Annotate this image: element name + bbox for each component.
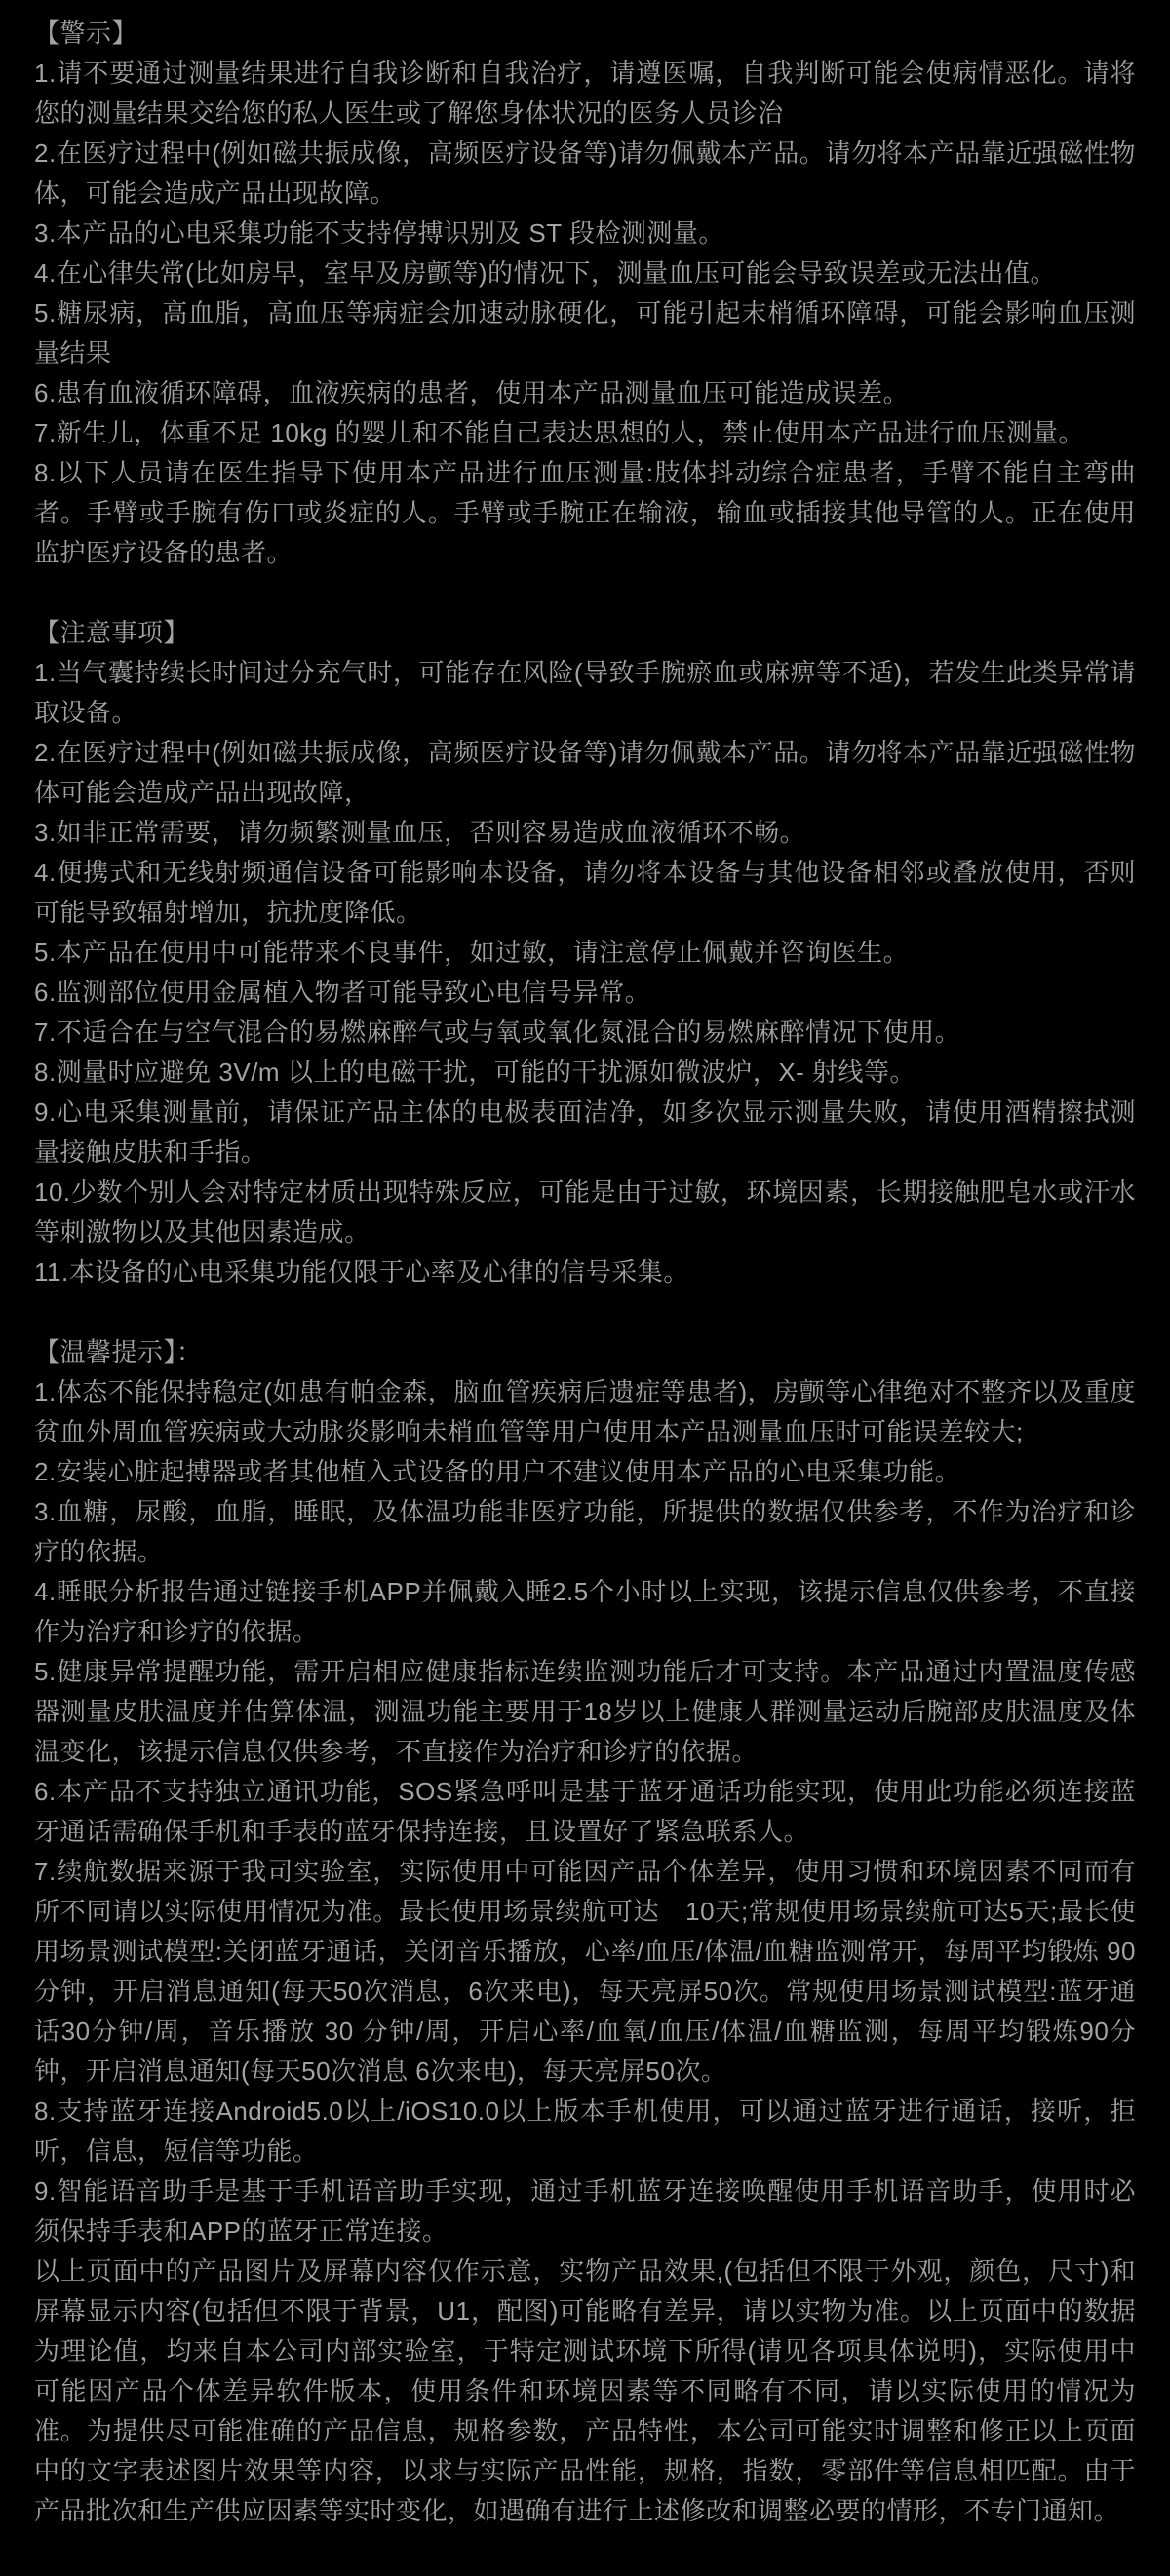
notice-item: 11.本设备的心电采集功能仅限于心率及心律的信号采集。: [34, 1252, 1136, 1292]
notice-item: 1.体态不能保持稳定(如患有帕金森，脑血管疾病后遗症等患者)，房颤等心律绝对不整…: [34, 1372, 1136, 1452]
section-title: 【注意事项】: [34, 613, 1136, 653]
disclaimer-content: 【警示】1.请不要通过测量结果进行自我诊断和自我治疗，请遵医嘱，自我判断可能会使…: [0, 0, 1170, 2576]
notice-item: 9.智能语音助手是基于手机语音助手实现，通过手机蓝牙连接唤醒使用手机语音助手，使…: [34, 2172, 1136, 2251]
notice-item: 4.便携式和无线射频通信设备可能影响本设备，请勿将本设备与其他设备相邻或叠放使用…: [34, 853, 1136, 933]
notice-item: 4.睡眠分析报告通过链接手机APP并佩戴入睡2.5个小时以上实现，该提示信息仅供…: [34, 1572, 1136, 1652]
notice-item: 6.监测部位使用金属植入物者可能导致心电信号异常。: [34, 973, 1136, 1013]
notice-item: 9.心电采集测量前，请保证产品主体的电极表面洁净，如多次显示测量失败，请使用酒精…: [34, 1093, 1136, 1173]
notice-item: 1.当气囊持续长时间过分充气时，可能存在风险(导致手腕瘀血或麻痹等不适)，若发生…: [34, 653, 1136, 733]
notice-item: 10.少数个别人会对特定材质出现特殊反应，可能是由于过敏，环境因素，长期接触肥皂…: [34, 1173, 1136, 1252]
notice-item: 1.请不要通过测量结果进行自我诊断和自我治疗，请遵医嘱，自我判断可能会使病情恶化…: [34, 54, 1136, 134]
notice-item: 7.不适合在与空气混合的易燃麻醉气或与氧或氧化氮混合的易燃麻醉情况下使用。: [34, 1013, 1136, 1053]
section-title: 【警示】: [34, 14, 1136, 54]
notice-item: 2.安装心脏起搏器或者其他植入式设备的用户不建议使用本产品的心电采集功能。: [34, 1452, 1136, 1492]
notice-item: 5.健康异常提醒功能，需开启相应健康指标连续监测功能后才可支持。本产品通过内置温…: [34, 1652, 1136, 1772]
notice-item: 8.以下人员请在医生指导下使用本产品进行血压测量:肢体抖动综合症患者，手臂不能自…: [34, 453, 1136, 573]
notice-item: 3.本产品的心电采集功能不支持停搏识别及 ST 段检测测量。: [34, 213, 1136, 253]
notice-item: 7.续航数据来源于我司实验室，实际使用中可能因产品个体差异，使用习惯和环境因素不…: [34, 1852, 1136, 2092]
notice-item: 5.糖尿病，高血脂，高血压等病症会加速动脉硬化，可能引起末梢循环障碍，可能会影响…: [34, 293, 1136, 373]
notice-item: 2.在医疗过程中(例如磁共振成像，高频医疗设备等)请勿佩戴本产品。请勿将本产品靠…: [34, 733, 1136, 813]
notice-item: 3.血糖，尿酸，血脂，睡眠，及体温功能非医疗功能，所提供的数据仅供参考，不作为治…: [34, 1492, 1136, 1572]
notice-item: 8.支持蓝牙连接Android5.0以上/iOS10.0以上版本手机使用，可以通…: [34, 2092, 1136, 2172]
notice-item: 4.在心律失常(比如房早，室早及房颤等)的情况下，测量血压可能会导致误差或无法出…: [34, 253, 1136, 293]
notice-item: 8.测量时应避免 3V/m 以上的电磁干扰，可能的干扰源如微波炉，X- 射线等。: [34, 1053, 1136, 1093]
footer-disclaimer: 以上页面中的产品图片及屏幕内容仅作示意，实物产品效果,(包括但不限于外观，颜色，…: [34, 2251, 1136, 2531]
notice-item: 6.患有血液循环障碍，血液疾病的患者，使用本产品测量血压可能造成误差。: [34, 373, 1136, 413]
notice-item: 5.本产品在使用中可能带来不良事件，如过敏，请注意停止佩戴并咨询医生。: [34, 933, 1136, 973]
notice-item: 7.新生儿，体重不足 10kg 的婴儿和不能自己表达思想的人，禁止使用本产品进行…: [34, 413, 1136, 453]
notice-item: 2.在医疗过程中(例如磁共振成像，高频医疗设备等)请勿佩戴本产品。请勿将本产品靠…: [34, 134, 1136, 213]
section-title: 【温馨提示】：: [34, 1332, 1136, 1372]
section-tips: 【温馨提示】：1.体态不能保持稳定(如患有帕金森，脑血管疾病后遗症等患者)，房颤…: [34, 1332, 1136, 2531]
section-precautions: 【注意事项】1.当气囊持续长时间过分充气时，可能存在风险(导致手腕瘀血或麻痹等不…: [34, 613, 1136, 1292]
notice-item: 6.本产品不支持独立通讯功能，SOS紧急呼叫是基于蓝牙通话功能实现，使用此功能必…: [34, 1772, 1136, 1852]
notice-item: 3.如非正常需要，请勿频繁测量血压，否则容易造成血液循环不畅。: [34, 813, 1136, 853]
section-warning: 【警示】1.请不要通过测量结果进行自我诊断和自我治疗，请遵医嘱，自我判断可能会使…: [34, 14, 1136, 573]
